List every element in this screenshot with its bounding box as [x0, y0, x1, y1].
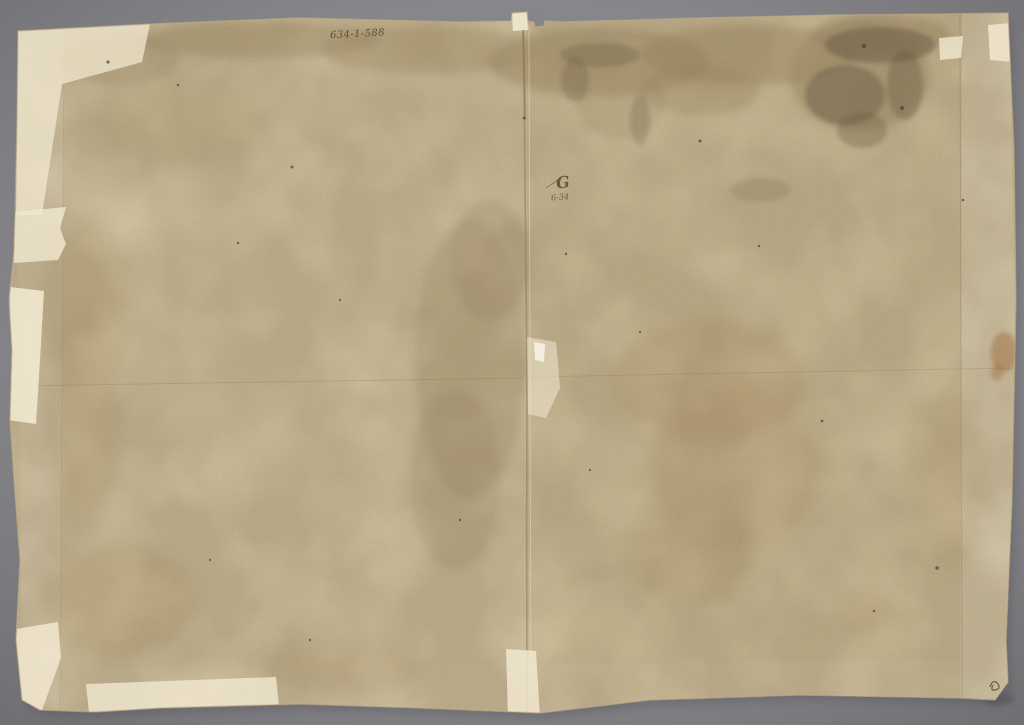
- collector-number-inscription: 6-34: [551, 192, 570, 202]
- repair-patch-bright-spot: [534, 342, 545, 362]
- tape-bottom-center: [506, 649, 540, 718]
- tape-top-right-small: [939, 36, 963, 60]
- tape-left-upper: [14, 207, 66, 263]
- artwork-verso-photograph: 634-1-588 G 6-34: [0, 0, 1024, 725]
- photo-stage: 634-1-588 G 6-34: [0, 0, 1024, 725]
- tape-top-center-tab: [512, 12, 528, 31]
- paper-grain: [0, 0, 1024, 725]
- collector-mark-inscription: G: [555, 172, 571, 193]
